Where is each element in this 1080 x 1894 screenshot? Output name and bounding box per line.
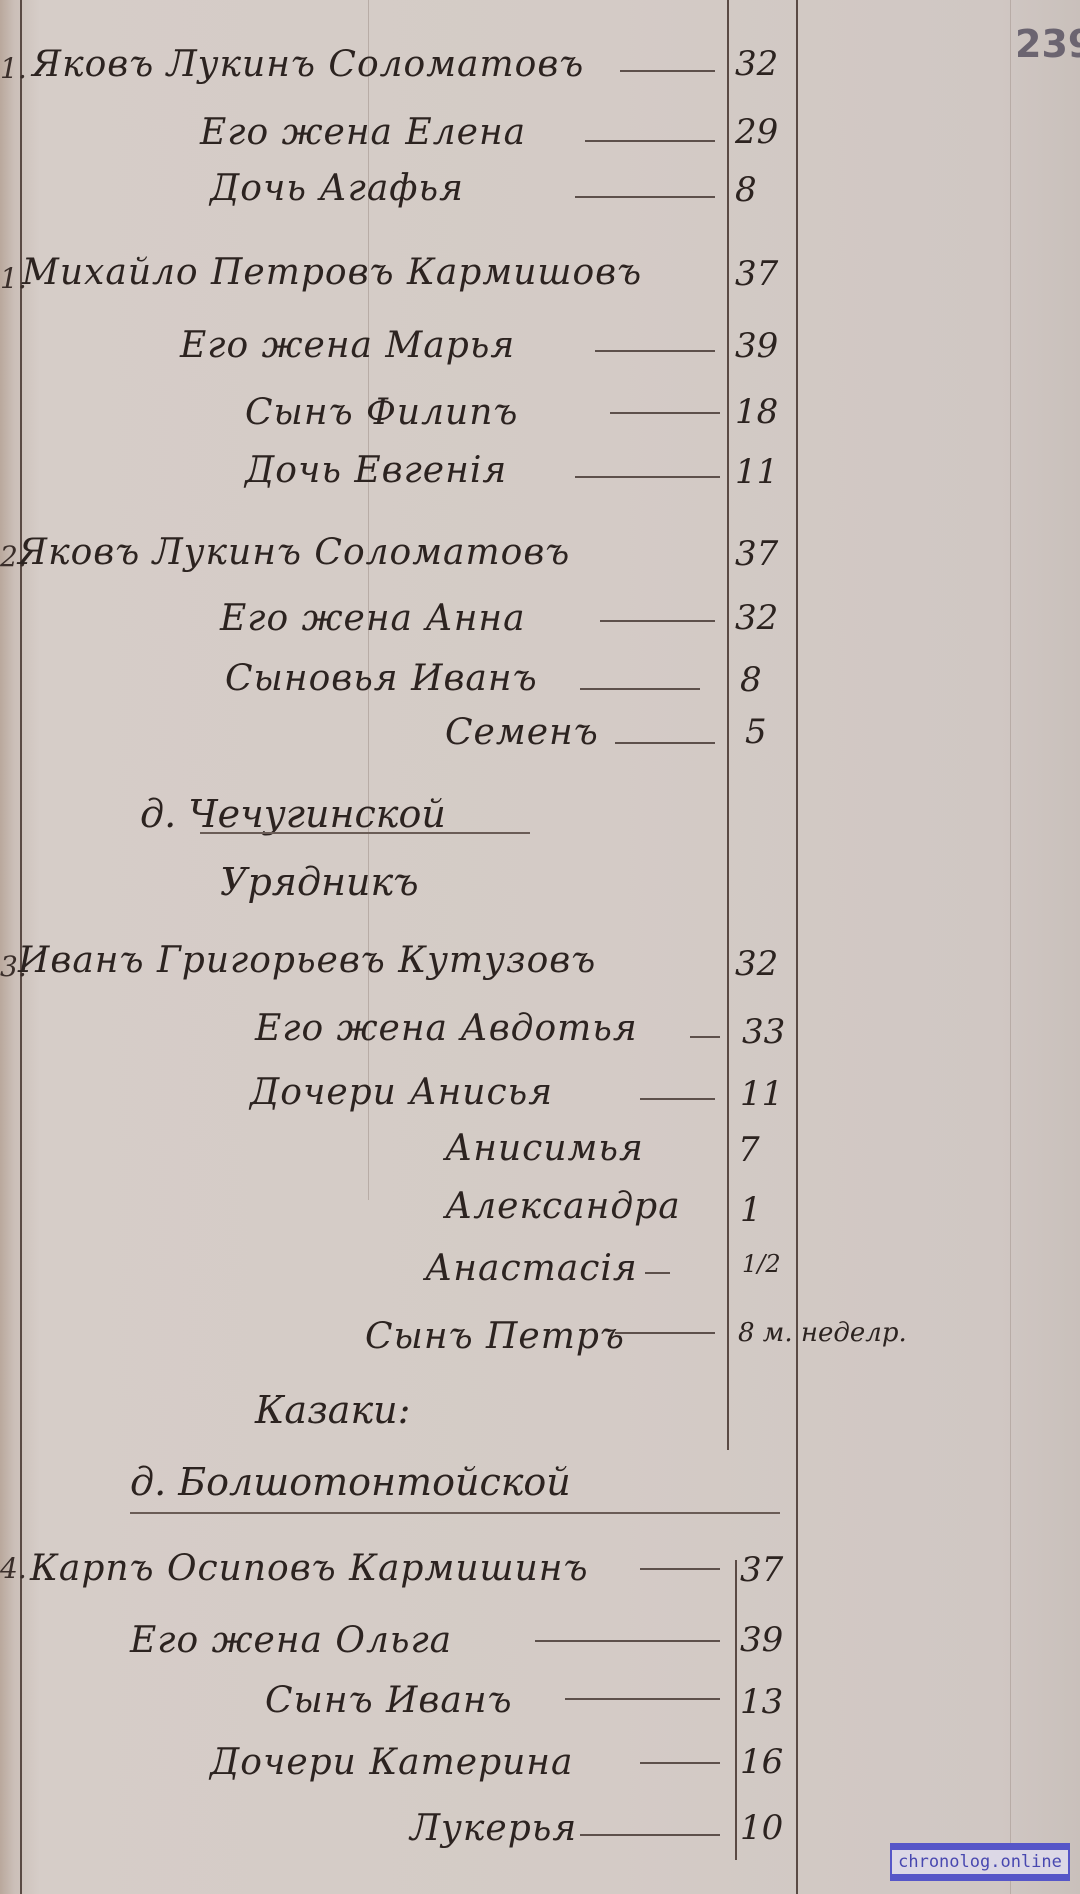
dash	[615, 1332, 715, 1334]
age: 1	[740, 1190, 762, 1230]
dash	[645, 1272, 670, 1274]
entry-sons: Сыновья Иванъ	[225, 658, 538, 699]
dash	[640, 1762, 720, 1764]
entry-head: Иванъ Григорьевъ Кутузовъ	[18, 940, 596, 981]
age: 7	[738, 1130, 760, 1170]
dash	[640, 1098, 715, 1100]
faint-column-line	[1010, 0, 1011, 1894]
age: 37	[740, 1550, 783, 1590]
dash	[575, 196, 715, 198]
age: 1/2	[742, 1250, 781, 1278]
age: 32	[735, 598, 778, 638]
dash	[580, 1834, 720, 1836]
dash	[565, 1698, 720, 1700]
entry-daughter: Александра	[445, 1186, 681, 1227]
entry-wife: Его жена Анна	[220, 598, 526, 639]
age: 18	[735, 392, 778, 432]
age: 8	[735, 170, 757, 210]
village-heading: д. Болшотонтойской	[130, 1460, 571, 1504]
entry-wife: Его жена Елена	[200, 112, 526, 153]
entry-wife: Его жена Ольга	[130, 1620, 452, 1661]
entry-daughter: Лукерья	[410, 1808, 577, 1849]
dash	[610, 412, 720, 414]
entry-son: Сынъ Петръ	[365, 1316, 625, 1357]
entry-head: Карпъ Осиповъ Кармишинъ	[30, 1548, 589, 1589]
age: 37	[735, 254, 778, 294]
entry-daughter: Дочь Евгенія	[245, 450, 507, 491]
dash	[580, 688, 700, 690]
entry-son: Семенъ	[445, 712, 599, 753]
entry-head: Михайло Петровъ Кармишовъ	[22, 252, 642, 293]
dash	[640, 1568, 720, 1570]
entry-wife: Его жена Авдотья	[255, 1008, 638, 1049]
dash	[575, 476, 720, 478]
dash	[585, 140, 715, 142]
entry-son: Сынъ Филипъ	[245, 392, 518, 433]
heading-underline	[200, 832, 530, 834]
heading-underline	[130, 1512, 780, 1514]
age: 11	[740, 1074, 783, 1114]
dash	[690, 1036, 720, 1038]
entry-daughter: Анисимья	[445, 1128, 644, 1169]
age: 11	[735, 452, 778, 492]
dash	[620, 70, 715, 72]
household-number: 4.	[0, 1552, 27, 1585]
age-column-left-line	[727, 0, 729, 1450]
entry-daughters: Дочери Катерина	[210, 1742, 574, 1783]
dash	[535, 1640, 720, 1642]
entry-head: Яковъ Лукинъ Соломатовъ	[32, 44, 584, 85]
watermark-badge[interactable]: chronolog.online	[890, 1843, 1070, 1881]
age: 29	[735, 112, 778, 152]
entry-daughter: Анастасія	[425, 1248, 638, 1289]
entry-daughters: Дочери Анисья	[250, 1072, 553, 1113]
category-heading: Урядникъ	[220, 860, 419, 904]
age: 32	[735, 944, 778, 984]
village-heading: д. Чечугинской	[140, 792, 446, 836]
age: 37	[735, 534, 778, 574]
age: 5	[745, 712, 767, 752]
age: 39	[735, 326, 778, 366]
document-page: 239 1. Яковъ Лукинъ Соломатовъ 32 Его же…	[0, 0, 1080, 1894]
watermark-text: chronolog.online	[892, 1850, 1068, 1874]
age: 16	[740, 1742, 783, 1782]
age: 10	[740, 1808, 783, 1848]
age: 32	[735, 44, 778, 84]
age: 33	[742, 1012, 785, 1052]
age-column-left-line-lower	[735, 1560, 737, 1860]
entry-son: Сынъ Иванъ	[265, 1680, 513, 1721]
category-heading: Казаки:	[255, 1388, 410, 1432]
dash	[615, 742, 715, 744]
page-number: 239	[1015, 22, 1080, 66]
entry-head: Яковъ Лукинъ Соломатовъ	[18, 532, 570, 573]
household-number: 1.	[0, 52, 27, 85]
entry-wife: Его жена Марья	[180, 325, 515, 366]
age: 8	[740, 660, 762, 700]
age: 13	[740, 1682, 783, 1722]
age-column-right-line	[796, 0, 798, 1894]
dash	[600, 620, 715, 622]
age: 8 м. неделр.	[738, 1318, 907, 1348]
entry-daughter: Дочь Агафья	[210, 168, 464, 209]
dash	[595, 350, 715, 352]
age: 39	[740, 1620, 783, 1660]
